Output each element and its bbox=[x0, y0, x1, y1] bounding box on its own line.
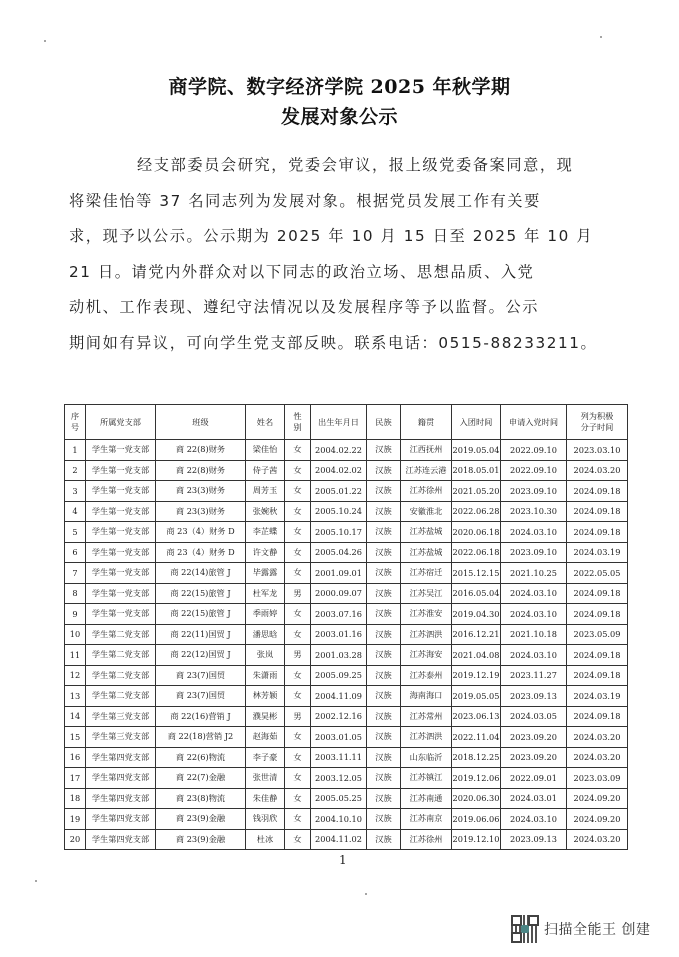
table-cell: 2005.09.25 bbox=[311, 665, 367, 686]
development-candidates-table: 序号所属党支部班级姓名性别出生年月日民族籍贯入团时间申请入党时间列为积极分子时间… bbox=[64, 404, 628, 850]
table-cell: 2001.03.28 bbox=[311, 645, 367, 666]
table-cell: 学生第一党支部 bbox=[86, 460, 156, 481]
table-cell: 女 bbox=[285, 624, 311, 645]
table-cell: 2024.09.20 bbox=[567, 788, 628, 809]
table-cell: 14 bbox=[65, 706, 86, 727]
table-cell: 商 23(9)金融 bbox=[156, 809, 246, 830]
table-cell: 汉族 bbox=[367, 829, 401, 850]
table-cell: 2005.10.17 bbox=[311, 522, 367, 543]
table-cell: 2024.03.10 bbox=[501, 645, 567, 666]
table-cell: 潘思晗 bbox=[246, 624, 285, 645]
table-cell: 学生第二党支部 bbox=[86, 665, 156, 686]
table-cell: 江苏淮安 bbox=[401, 604, 452, 625]
table-cell: 江苏常州 bbox=[401, 706, 452, 727]
table-cell: 2023.05.09 bbox=[567, 624, 628, 645]
table-cell: 女 bbox=[285, 440, 311, 461]
column-header: 出生年月日 bbox=[311, 405, 367, 440]
table-cell: 学生第三党支部 bbox=[86, 706, 156, 727]
table-cell: 江苏海安 bbox=[401, 645, 452, 666]
table-cell: 林芳颖 bbox=[246, 686, 285, 707]
table-cell: 汉族 bbox=[367, 788, 401, 809]
table-cell: 2023.11.27 bbox=[501, 665, 567, 686]
table-cell: 山东临沂 bbox=[401, 747, 452, 768]
table-cell: 赵海茹 bbox=[246, 727, 285, 748]
table-cell: 2015.12.15 bbox=[452, 563, 501, 584]
table-row: 20学生第四党支部商 23(9)金融杜冰女2004.11.02汉族江苏徐州201… bbox=[65, 829, 628, 850]
table-cell: 7 bbox=[65, 563, 86, 584]
table-cell: 2022.11.04 bbox=[452, 727, 501, 748]
table-cell: 学生第一党支部 bbox=[86, 542, 156, 563]
column-header: 性别 bbox=[285, 405, 311, 440]
table-cell: 2024.03.19 bbox=[567, 686, 628, 707]
table-cell: 2024.03.10 bbox=[501, 809, 567, 830]
table-cell: 10 bbox=[65, 624, 86, 645]
table-cell: 江西抚州 bbox=[401, 440, 452, 461]
table-cell: 2024.09.18 bbox=[567, 645, 628, 666]
table-cell: 2024.03.20 bbox=[567, 829, 628, 850]
table-cell: 2024.03.05 bbox=[501, 706, 567, 727]
table-cell: 2 bbox=[65, 460, 86, 481]
paragraph-line: 求，现予以公示。公示期为 2025 年 10 月 15 日至 2025 年 10… bbox=[69, 219, 603, 255]
table-cell: 商 22(6)物流 bbox=[156, 747, 246, 768]
table-cell: 江苏泗洪 bbox=[401, 727, 452, 748]
paragraph-line: 动机、工作表现、遵纪守法情况以及发展程序等予以监督。公示 bbox=[69, 290, 603, 326]
table-cell: 汉族 bbox=[367, 501, 401, 522]
table-cell: 江苏盐城 bbox=[401, 522, 452, 543]
table-cell: 2021.10.25 bbox=[501, 563, 567, 584]
table-header-row: 序号所属党支部班级姓名性别出生年月日民族籍贯入团时间申请入党时间列为积极分子时间 bbox=[65, 405, 628, 440]
table-cell: 毕露露 bbox=[246, 563, 285, 584]
table-cell: 杜冰 bbox=[246, 829, 285, 850]
table-cell: 学生第一党支部 bbox=[86, 501, 156, 522]
table-cell: 2023.09.10 bbox=[501, 481, 567, 502]
table-cell: 女 bbox=[285, 809, 311, 830]
paragraph-line: 经支部委员会研究，党委会审议，报上级党委备案同意，现 bbox=[103, 148, 603, 184]
table-cell: 13 bbox=[65, 686, 86, 707]
table-cell: 汉族 bbox=[367, 809, 401, 830]
table-cell: 汉族 bbox=[367, 522, 401, 543]
table-cell: 2001.09.01 bbox=[311, 563, 367, 584]
table-cell: 2005.05.25 bbox=[311, 788, 367, 809]
table-cell: 17 bbox=[65, 768, 86, 789]
table-cell: 2019.12.06 bbox=[452, 768, 501, 789]
table-cell: 2024.03.19 bbox=[567, 542, 628, 563]
table-cell: 学生第二党支部 bbox=[86, 686, 156, 707]
table-cell: 学生第四党支部 bbox=[86, 829, 156, 850]
table-cell: 李子豪 bbox=[246, 747, 285, 768]
table-cell: 张岚 bbox=[246, 645, 285, 666]
table-cell: 2022.06.28 bbox=[452, 501, 501, 522]
table-row: 11学生第二党支部商 22(12)国贸 J张岚男2001.03.28汉族江苏海安… bbox=[65, 645, 628, 666]
table-cell: 商 23(3)财务 bbox=[156, 501, 246, 522]
table-cell: 朱佳静 bbox=[246, 788, 285, 809]
table-cell: 2016.12.21 bbox=[452, 624, 501, 645]
column-header: 所属党支部 bbox=[86, 405, 156, 440]
table-cell: 2000.09.07 bbox=[311, 583, 367, 604]
table-cell: 汉族 bbox=[367, 706, 401, 727]
table-cell: 2023.10.30 bbox=[501, 501, 567, 522]
table-cell: 女 bbox=[285, 501, 311, 522]
table-cell: 2019.05.05 bbox=[452, 686, 501, 707]
table-cell: 李芷蝶 bbox=[246, 522, 285, 543]
table-cell: 商 23(7)国贸 bbox=[156, 665, 246, 686]
table-cell: 2024.09.18 bbox=[567, 604, 628, 625]
table-cell: 2024.09.18 bbox=[567, 522, 628, 543]
table-row: 13学生第二党支部商 23(7)国贸林芳颖女2004.11.09汉族海南海口20… bbox=[65, 686, 628, 707]
table-cell: 商 23（4）财务 D bbox=[156, 542, 246, 563]
table-cell: 2024.03.20 bbox=[567, 460, 628, 481]
table-cell: 学生第四党支部 bbox=[86, 788, 156, 809]
table-cell: 2022.06.18 bbox=[452, 542, 501, 563]
table-cell: 汉族 bbox=[367, 665, 401, 686]
table-cell: 江苏泰州 bbox=[401, 665, 452, 686]
table-cell: 2024.03.10 bbox=[501, 604, 567, 625]
document-title-line-1: 商学院、数字经济学院 2025 年秋学期 bbox=[0, 72, 679, 99]
column-header: 班级 bbox=[156, 405, 246, 440]
table-cell: 商 22(15)旅管 J bbox=[156, 604, 246, 625]
paragraph-line: 期间如有异议，可向学生党支部反映。联系电话：0515-88233211。 bbox=[69, 326, 603, 362]
table-cell: 18 bbox=[65, 788, 86, 809]
table-cell: 女 bbox=[285, 522, 311, 543]
column-header: 申请入党时间 bbox=[501, 405, 567, 440]
table-cell: 2004.02.22 bbox=[311, 440, 367, 461]
table-cell: 2005.01.22 bbox=[311, 481, 367, 502]
table-row: 3学生第一党支部商 23(3)财务周芳玉女2005.01.22汉族江苏徐州202… bbox=[65, 481, 628, 502]
table-cell: 汉族 bbox=[367, 686, 401, 707]
table-cell: 2003.12.05 bbox=[311, 768, 367, 789]
table-cell: 2019.12.10 bbox=[452, 829, 501, 850]
table-row: 7学生第一党支部商 22(14)旅管 J毕露露女2001.09.01汉族江苏宿迁… bbox=[65, 563, 628, 584]
table-cell: 2023.03.10 bbox=[567, 440, 628, 461]
table-cell: 2023.06.13 bbox=[452, 706, 501, 727]
table-cell: 江苏连云港 bbox=[401, 460, 452, 481]
paragraph-line: 将梁佳怡等 37 名同志列为发展对象。根据党员发展工作有关要 bbox=[69, 184, 603, 220]
table-cell: 2004.02.02 bbox=[311, 460, 367, 481]
table-cell: 江苏徐州 bbox=[401, 481, 452, 502]
table-cell: 9 bbox=[65, 604, 86, 625]
table-cell: 2024.03.20 bbox=[567, 747, 628, 768]
table-cell: 安徽淮北 bbox=[401, 501, 452, 522]
table-cell: 汉族 bbox=[367, 727, 401, 748]
table-cell: 男 bbox=[285, 706, 311, 727]
table-cell: 2021.04.08 bbox=[452, 645, 501, 666]
table-cell: 5 bbox=[65, 522, 86, 543]
table-cell: 2002.12.16 bbox=[311, 706, 367, 727]
table-cell: 学生第一党支部 bbox=[86, 440, 156, 461]
table-cell: 商 22(14)旅管 J bbox=[156, 563, 246, 584]
table-cell: 3 bbox=[65, 481, 86, 502]
table-cell: 商 22(12)国贸 J bbox=[156, 645, 246, 666]
table-cell: 女 bbox=[285, 481, 311, 502]
table-cell: 2023.03.09 bbox=[567, 768, 628, 789]
table-cell: 2005.04.26 bbox=[311, 542, 367, 563]
table-cell: 江苏镇江 bbox=[401, 768, 452, 789]
table-row: 6学生第一党支部商 23（4）财务 D许文静女2005.04.26汉族江苏盐城2… bbox=[65, 542, 628, 563]
table-cell: 商 22(15)旅管 J bbox=[156, 583, 246, 604]
table-cell: 学生第四党支部 bbox=[86, 768, 156, 789]
table-cell: 汉族 bbox=[367, 542, 401, 563]
table-cell: 20 bbox=[65, 829, 86, 850]
table-cell: 江苏南京 bbox=[401, 809, 452, 830]
table-cell: 杜军龙 bbox=[246, 583, 285, 604]
table-cell: 汉族 bbox=[367, 645, 401, 666]
table-cell: 江苏吴江 bbox=[401, 583, 452, 604]
table-cell: 学生第一党支部 bbox=[86, 583, 156, 604]
table-cell: 汉族 bbox=[367, 460, 401, 481]
table-cell: 8 bbox=[65, 583, 86, 604]
table-cell: 2024.09.18 bbox=[567, 665, 628, 686]
table-cell: 学生第四党支部 bbox=[86, 747, 156, 768]
table-cell: 2024.09.20 bbox=[567, 809, 628, 830]
watermark-text: 扫描全能王 创建 bbox=[544, 919, 650, 939]
table-cell: 12 bbox=[65, 665, 86, 686]
table-cell: 女 bbox=[285, 727, 311, 748]
column-header: 姓名 bbox=[246, 405, 285, 440]
table-cell: 2019.06.06 bbox=[452, 809, 501, 830]
table-cell: 江苏盐城 bbox=[401, 542, 452, 563]
column-header: 列为积极分子时间 bbox=[567, 405, 628, 440]
table-row: 18学生第四党支部商 23(8)物流朱佳静女2005.05.25汉族江苏南通20… bbox=[65, 788, 628, 809]
table-cell: 女 bbox=[285, 460, 311, 481]
table-cell: 1 bbox=[65, 440, 86, 461]
table-cell: 汉族 bbox=[367, 583, 401, 604]
table-cell: 学生第三党支部 bbox=[86, 727, 156, 748]
table-row: 5学生第一党支部商 23（4）财务 D李芷蝶女2005.10.17汉族江苏盐城2… bbox=[65, 522, 628, 543]
table-cell: 女 bbox=[285, 686, 311, 707]
table-cell: 周芳玉 bbox=[246, 481, 285, 502]
table-cell: 钱羽欣 bbox=[246, 809, 285, 830]
table-cell: 朱潇雨 bbox=[246, 665, 285, 686]
table-cell: 商 22(7)金融 bbox=[156, 768, 246, 789]
table-cell: 15 bbox=[65, 727, 86, 748]
table-row: 9学生第一党支部商 22(15)旅管 J季雨婷女2003.07.16汉族江苏淮安… bbox=[65, 604, 628, 625]
table-cell: 学生第一党支部 bbox=[86, 563, 156, 584]
table-body: 1学生第一党支部商 22(8)财务梁佳怡女2004.02.22汉族江西抚州201… bbox=[65, 440, 628, 850]
table-cell: 学生第四党支部 bbox=[86, 809, 156, 830]
table-cell: 海南海口 bbox=[401, 686, 452, 707]
table-cell: 2023.09.10 bbox=[501, 542, 567, 563]
column-header: 序号 bbox=[65, 405, 86, 440]
table-cell: 男 bbox=[285, 645, 311, 666]
table-cell: 女 bbox=[285, 604, 311, 625]
document-title-line-2: 发展对象公示 bbox=[0, 102, 679, 129]
table-cell: 2024.03.01 bbox=[501, 788, 567, 809]
table-row: 14学生第三党支部商 22(16)营销 J濮昊彬男2002.12.16汉族江苏常… bbox=[65, 706, 628, 727]
table-cell: 2020.06.18 bbox=[452, 522, 501, 543]
table-cell: 汉族 bbox=[367, 624, 401, 645]
table-cell: 2023.09.13 bbox=[501, 686, 567, 707]
table-cell: 江苏徐州 bbox=[401, 829, 452, 850]
table-cell: 女 bbox=[285, 665, 311, 686]
table-cell: 2024.09.18 bbox=[567, 501, 628, 522]
table-cell: 4 bbox=[65, 501, 86, 522]
table-row: 8学生第一党支部商 22(15)旅管 J杜军龙男2000.09.07汉族江苏吴江… bbox=[65, 583, 628, 604]
table-cell: 女 bbox=[285, 768, 311, 789]
table-cell: 2023.09.13 bbox=[501, 829, 567, 850]
table-cell: 商 23(7)国贸 bbox=[156, 686, 246, 707]
table-cell: 学生第一党支部 bbox=[86, 481, 156, 502]
table-cell: 女 bbox=[285, 788, 311, 809]
announcement-paragraph: 经支部委员会研究，党委会审议，报上级党委备案同意，现 将梁佳怡等 37 名同志列… bbox=[103, 148, 603, 361]
table-cell: 商 23(9)金融 bbox=[156, 829, 246, 850]
table-row: 12学生第二党支部商 23(7)国贸朱潇雨女2005.09.25汉族江苏泰州20… bbox=[65, 665, 628, 686]
table-cell: 2021.10.18 bbox=[501, 624, 567, 645]
table-cell: 2005.10.24 bbox=[311, 501, 367, 522]
scanner-watermark: 扫描全能王 创建 bbox=[511, 915, 650, 943]
table-cell: 女 bbox=[285, 829, 311, 850]
table-cell: 19 bbox=[65, 809, 86, 830]
table-cell: 女 bbox=[285, 563, 311, 584]
table-cell: 2018.05.01 bbox=[452, 460, 501, 481]
table-row: 15学生第三党支部商 22(18)营销 J2赵海茹女2003.01.05汉族江苏… bbox=[65, 727, 628, 748]
table-cell: 2003.01.16 bbox=[311, 624, 367, 645]
table-cell: 11 bbox=[65, 645, 86, 666]
table-row: 16学生第四党支部商 22(6)物流李子豪女2003.11.11汉族山东临沂20… bbox=[65, 747, 628, 768]
table-cell: 季雨婷 bbox=[246, 604, 285, 625]
table-cell: 2022.09.01 bbox=[501, 768, 567, 789]
table-cell: 2023.09.20 bbox=[501, 727, 567, 748]
table-cell: 2019.04.30 bbox=[452, 604, 501, 625]
table-cell: 2003.07.16 bbox=[311, 604, 367, 625]
table-cell: 2022.09.10 bbox=[501, 440, 567, 461]
table-cell: 江苏南通 bbox=[401, 788, 452, 809]
table-cell: 汉族 bbox=[367, 563, 401, 584]
table-cell: 2023.09.20 bbox=[501, 747, 567, 768]
table-cell: 2024.03.20 bbox=[567, 727, 628, 748]
table-cell: 2003.01.05 bbox=[311, 727, 367, 748]
table-cell: 2022.05.05 bbox=[567, 563, 628, 584]
table-cell: 2024.09.18 bbox=[567, 481, 628, 502]
table-row: 19学生第四党支部商 23(9)金融钱羽欣女2004.10.10汉族江苏南京20… bbox=[65, 809, 628, 830]
table-row: 2学生第一党支部商 22(8)财务侍子茜女2004.02.02汉族江苏连云港20… bbox=[65, 460, 628, 481]
table-cell: 汉族 bbox=[367, 481, 401, 502]
table-cell: 2003.11.11 bbox=[311, 747, 367, 768]
table-cell: 学生第一党支部 bbox=[86, 522, 156, 543]
table-cell: 商 23(8)物流 bbox=[156, 788, 246, 809]
table-cell: 汉族 bbox=[367, 604, 401, 625]
table-cell: 学生第一党支部 bbox=[86, 604, 156, 625]
table-cell: 2004.11.02 bbox=[311, 829, 367, 850]
table-cell: 2024.09.18 bbox=[567, 583, 628, 604]
table-cell: 张婉秋 bbox=[246, 501, 285, 522]
table-cell: 商 22(18)营销 J2 bbox=[156, 727, 246, 748]
table-cell: 梁佳怡 bbox=[246, 440, 285, 461]
table-cell: 张世清 bbox=[246, 768, 285, 789]
table-cell: 汉族 bbox=[367, 440, 401, 461]
table-cell: 2016.05.04 bbox=[452, 583, 501, 604]
page-number: 1 bbox=[339, 853, 347, 867]
table-row: 4学生第一党支部商 23(3)财务张婉秋女2005.10.24汉族安徽淮北202… bbox=[65, 501, 628, 522]
qr-code-icon bbox=[511, 915, 539, 943]
table-cell: 商 22(16)营销 J bbox=[156, 706, 246, 727]
column-header: 民族 bbox=[367, 405, 401, 440]
table-row: 1学生第一党支部商 22(8)财务梁佳怡女2004.02.22汉族江西抚州201… bbox=[65, 440, 628, 461]
table-cell: 2019.12.19 bbox=[452, 665, 501, 686]
table-cell: 6 bbox=[65, 542, 86, 563]
table-cell: 2019.05.04 bbox=[452, 440, 501, 461]
table-cell: 2021.05.20 bbox=[452, 481, 501, 502]
table-cell: 2024.03.10 bbox=[501, 522, 567, 543]
table-row: 10学生第二党支部商 22(11)国贸 J潘思晗女2003.01.16汉族江苏泗… bbox=[65, 624, 628, 645]
table-cell: 女 bbox=[285, 747, 311, 768]
paragraph-line: 21 日。请党内外群众对以下同志的政治立场、思想品质、入党 bbox=[69, 255, 603, 291]
table-cell: 商 22(8)财务 bbox=[156, 460, 246, 481]
column-header: 籍贯 bbox=[401, 405, 452, 440]
table-cell: 2024.03.10 bbox=[501, 583, 567, 604]
table-cell: 商 22(11)国贸 J bbox=[156, 624, 246, 645]
table-cell: 2022.09.10 bbox=[501, 460, 567, 481]
table-cell: 汉族 bbox=[367, 768, 401, 789]
table-cell: 商 23（4）财务 D bbox=[156, 522, 246, 543]
table-cell: 16 bbox=[65, 747, 86, 768]
table-cell: 男 bbox=[285, 583, 311, 604]
table-cell: 女 bbox=[285, 542, 311, 563]
table-cell: 学生第二党支部 bbox=[86, 624, 156, 645]
table-cell: 江苏泗洪 bbox=[401, 624, 452, 645]
column-header: 入团时间 bbox=[452, 405, 501, 440]
table-cell: 汉族 bbox=[367, 747, 401, 768]
table-row: 17学生第四党支部商 22(7)金融张世清女2003.12.05汉族江苏镇江20… bbox=[65, 768, 628, 789]
table-cell: 许文静 bbox=[246, 542, 285, 563]
table-cell: 商 23(3)财务 bbox=[156, 481, 246, 502]
table-cell: 濮昊彬 bbox=[246, 706, 285, 727]
table-cell: 学生第二党支部 bbox=[86, 645, 156, 666]
table-cell: 2024.09.18 bbox=[567, 706, 628, 727]
table-cell: 2004.11.09 bbox=[311, 686, 367, 707]
table-cell: 江苏宿迁 bbox=[401, 563, 452, 584]
table-cell: 侍子茜 bbox=[246, 460, 285, 481]
table-cell: 商 22(8)财务 bbox=[156, 440, 246, 461]
table-cell: 2020.06.30 bbox=[452, 788, 501, 809]
table-cell: 2018.12.25 bbox=[452, 747, 501, 768]
table-cell: 2004.10.10 bbox=[311, 809, 367, 830]
